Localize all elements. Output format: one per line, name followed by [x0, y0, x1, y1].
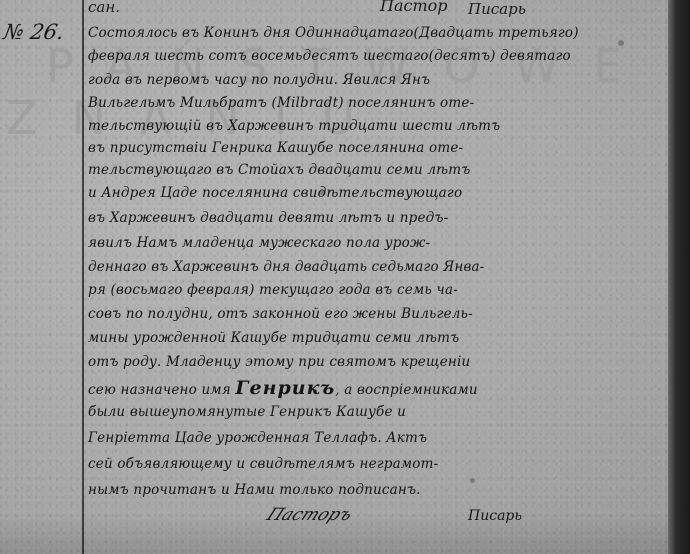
- text-line: нымъ прочитанъ и Нами только подписанъ.: [88, 482, 421, 498]
- ink-stain: [618, 40, 624, 46]
- text-line-name: сею назначено имя Генрикъ, а воспріемник…: [88, 377, 478, 399]
- text-line: ря (восьмаго февраля) текущаго года въ с…: [88, 282, 458, 298]
- text-line: деннаго въ Харжевинъ дня двадцать седьма…: [88, 259, 485, 275]
- text-line: года въ первомъ часу по полудни. Явился …: [88, 72, 430, 88]
- text-line: Вильгельмъ Мильбратъ (Milbradt) поселяни…: [88, 95, 474, 111]
- text-line: Генріетта Цаде урожденная Теллафъ. Актъ: [88, 430, 427, 446]
- header-signature-1: Пастор: [380, 0, 448, 15]
- text-line: Состоялось въ Конинъ дня Одиннадцатаго(Д…: [88, 25, 579, 41]
- text-line: февраля шесть сотъ восемьдесятъ шестаго(…: [88, 48, 571, 64]
- header-fragment: сан.: [88, 0, 120, 16]
- text-line: явилъ Намъ младенца мужескаго пола урож-: [88, 235, 430, 251]
- text-line: тельствующаго въ Стойахъ двадцати семи л…: [88, 162, 470, 178]
- entry-number: № 26.: [2, 20, 66, 44]
- page-shadow: [0, 514, 690, 554]
- text-fragment: сею назначено имя: [88, 382, 231, 398]
- text-line: были вышеупомянутые Генрикъ Кашубе и: [88, 404, 406, 420]
- header-signature-2: Писарь: [468, 0, 526, 18]
- text-line: мины урожденной Кашубе тридцати семи лѣт…: [88, 330, 459, 346]
- text-line: совъ по полудни, отъ законной его жены В…: [88, 306, 473, 322]
- text-fragment: , а воспріемниками: [335, 382, 478, 398]
- ink-stain: [320, 190, 326, 196]
- book-binding-edge: [668, 0, 690, 554]
- margin-rule: [82, 0, 84, 554]
- text-line: тельствующій въ Харжевинъ тридцати шести…: [88, 118, 500, 134]
- text-line: отъ роду. Младенцу этому при святомъ кре…: [88, 354, 470, 370]
- text-line: въ Харжевинъ двадцати девяти лѣтъ и пред…: [88, 210, 448, 226]
- text-line: сей объявляющему и свидѣтелямъ неграмот-: [88, 456, 438, 472]
- text-line: и Андрея Цаде поселянина свидѣтельствующ…: [88, 185, 462, 201]
- ink-stain: [470, 478, 475, 483]
- register-page: PAŃSTWOWE ZNANIU № 26. сан. Пастор Писар…: [0, 0, 690, 554]
- child-name: Генрикъ: [235, 377, 335, 399]
- text-line: въ присутствіи Генрика Кашубе поселянина…: [88, 140, 463, 156]
